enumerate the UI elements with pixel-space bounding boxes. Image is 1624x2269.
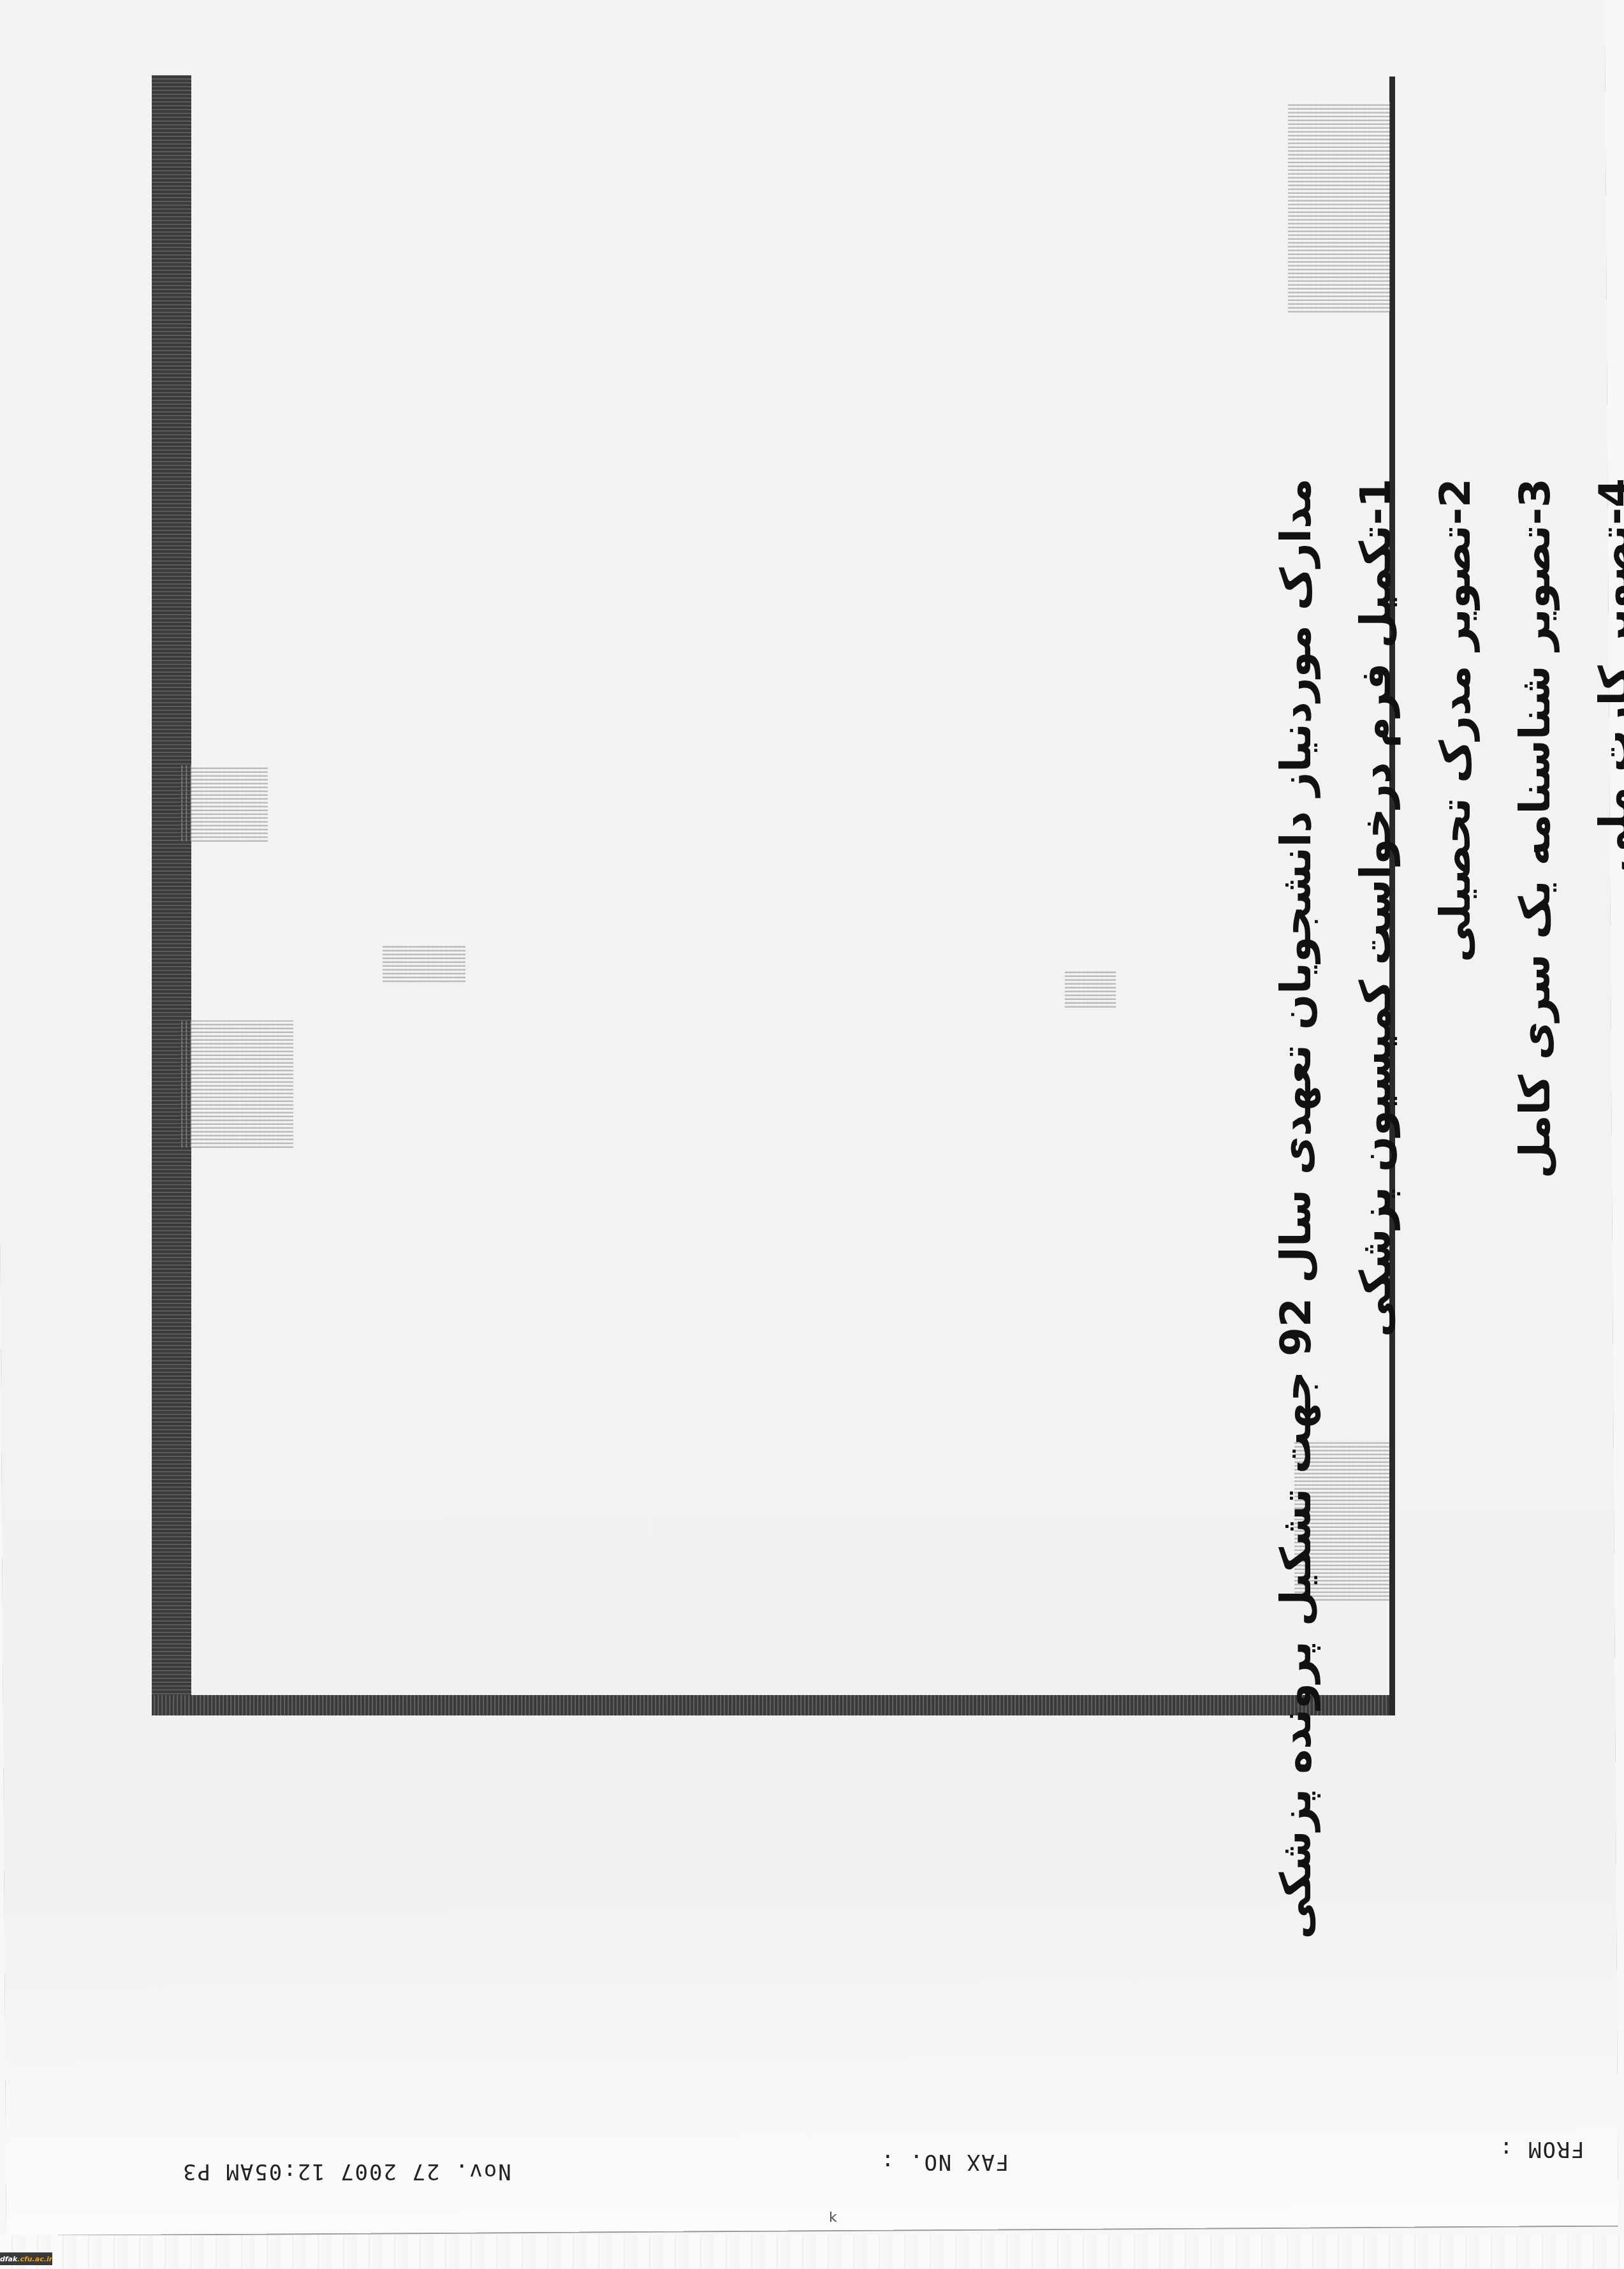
scan-noise [179,1020,293,1148]
document-frame [152,75,1395,1715]
list-item: 2-تصویر مدرک تحصیلی [1435,478,1477,962]
list-item: 4-تصویر کارت ملی [1594,478,1624,872]
scan-mark: k [829,2210,837,2226]
logo-text-domain: .cfu.ac.ir [17,2255,52,2263]
document-title: مدارک موردنیاز دانشجویان تعهدی سال 92 جه… [1275,478,1317,1939]
fax-header: FROM : FAX NO. : Nov. 27 2007 12:05AM P3 [0,2130,1624,2181]
fax-datetime-page: Nov. 27 2007 12:05AM P3 [182,2159,511,2184]
scanner-edge-strip [0,2235,1624,2269]
fax-number-label: FAX NO. : [880,2149,1009,2175]
fax-from-label: FROM : [1498,2136,1584,2162]
scan-noise [1288,102,1390,312]
scan-noise [383,944,465,982]
requirements-list: مدارک موردنیاز دانشجویان تعهدی سال 92 جه… [1275,478,1624,1613]
list-item: 3-تصویر شناسنامه یک سری کامل [1514,478,1556,1179]
site-logo: dfak.cfu.ac.ir [0,2252,52,2265]
scan-noise [179,765,268,842]
list-item: 1-تکمیل فرم درخواست کمیسیون پزشکی [1355,478,1397,1337]
frame-bottom-border [152,1695,1395,1715]
frame-left-border [152,75,191,1715]
logo-text-primary: dfak [0,2255,17,2263]
scan-noise [1065,969,1116,1008]
